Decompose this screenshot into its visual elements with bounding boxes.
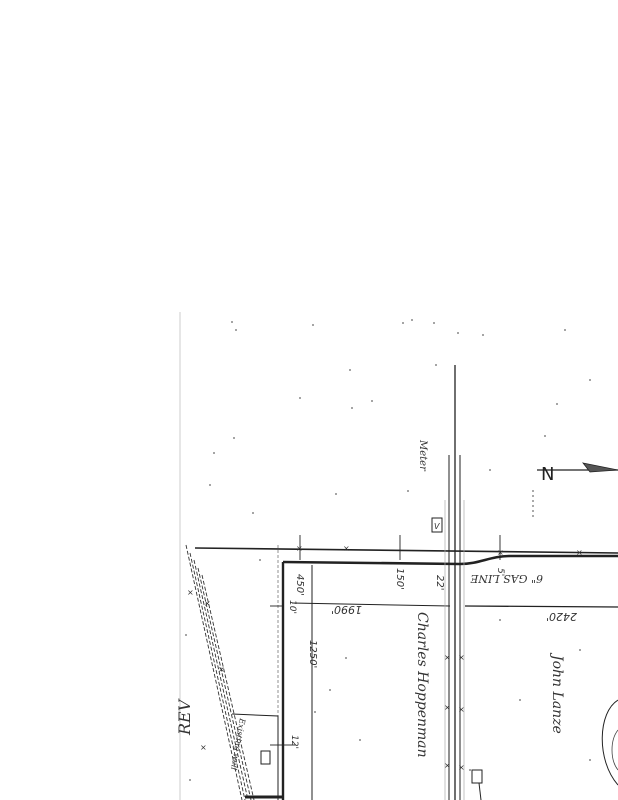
- valve-stem: [479, 783, 481, 800]
- dim-line-1990: [292, 603, 450, 606]
- dim-150: 150': [394, 568, 405, 590]
- dim-1250: 1250': [307, 640, 318, 668]
- svg-text:×: ×: [458, 653, 465, 662]
- svg-text:×: ×: [204, 599, 211, 608]
- north-arrow-head: [583, 463, 618, 472]
- dim-10: 10': [287, 600, 297, 614]
- svg-text:×: ×: [458, 763, 465, 772]
- svg-text:×: ×: [296, 544, 303, 553]
- pond-arc-inner: [612, 730, 618, 770]
- dim-12: 12': [289, 735, 299, 749]
- plan-drawing: ×× ×× ×× ×× ×× ×× ×× V N REV 6" GAS LINE…: [0, 0, 618, 800]
- svg-text:×: ×: [200, 743, 207, 752]
- dim-line-2420: [465, 606, 618, 607]
- svg-text:×: ×: [187, 588, 194, 597]
- meter-note: Meter: [417, 439, 428, 472]
- gas-line-label: 6" GAS LINE: [470, 572, 543, 585]
- meter-box-label: V: [434, 522, 440, 531]
- dim-arrows: [270, 535, 500, 745]
- well-note: Existing well: [229, 717, 247, 771]
- dim-5: 5': [495, 568, 505, 576]
- well-box: [261, 751, 270, 764]
- svg-text:×: ×: [458, 705, 465, 714]
- boundary-line-top: [195, 548, 618, 553]
- svg-text:×: ×: [444, 653, 451, 662]
- pond-arc: [602, 700, 618, 785]
- svg-text:×: ×: [343, 544, 350, 553]
- dim-2420: 2420': [546, 610, 577, 623]
- dim-22: 22': [434, 575, 445, 590]
- gas-line: [283, 556, 618, 564]
- svg-text:×: ×: [576, 548, 583, 557]
- dim-450: 450': [294, 574, 305, 596]
- dim-1990: 1990': [331, 603, 362, 616]
- svg-text:×: ×: [218, 665, 225, 674]
- road-label: REV: [175, 698, 194, 736]
- valve-box: [472, 770, 482, 783]
- owner-label-2: John Lanze: [549, 652, 565, 734]
- scanned-site-plan: ×× ×× ×× ×× ×× ×× ×× V N REV 6" GAS LINE…: [0, 0, 618, 800]
- north-marker: N: [541, 464, 554, 485]
- svg-text:×: ×: [444, 761, 451, 770]
- svg-text:×: ×: [444, 703, 451, 712]
- owner-label-1: Charles Hoppenman: [414, 612, 430, 758]
